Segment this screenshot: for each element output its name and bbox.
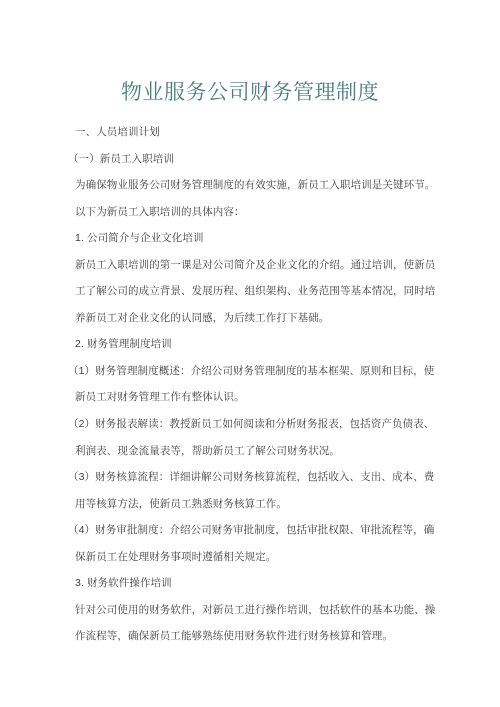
paragraph-line: 以下为新员工入职培训的具体内容：	[75, 199, 435, 226]
paragraph-line: 新员工对财务管理工作有整体认识。	[75, 384, 435, 411]
document-title: 物业服务公司财务管理制度	[0, 78, 500, 108]
paragraph-line: 新员工入职培训的第一课是对公司简介及企业文化的介绍。通过培训，使新员	[75, 252, 435, 279]
paragraph-line: 作流程等，确保新员工能够熟练使用财务软件进行财务核算和管理。	[75, 623, 435, 650]
paragraph-line: 养新员工对企业文化的认同感，为后续工作打下基础。	[75, 305, 435, 332]
paragraph-line: 保新员工在处理财务事项时遵循相关规定。	[75, 544, 435, 571]
paragraph-line: 用等核算方法，使新员工熟悉财务核算工作。	[75, 491, 435, 518]
document-body: 一、人员培训计划 （一）新员工入职培训 为确保物业服务公司财务管理制度的有效实施…	[75, 119, 435, 650]
item-financial-statement-reading: （2）财务报表解读：教授新员工如何阅读和分析财务报表，包括资产负债表、	[68, 411, 435, 438]
paragraph-line: 针对公司使用的财务软件，对新员工进行操作培训，包括软件的基本功能、操	[75, 597, 435, 624]
item-accounting-process: （3）财务核算流程：详细讲解公司财务核算流程，包括收入、支出、成本、费	[68, 464, 435, 491]
heading-personnel-training-plan: 一、人员培训计划	[75, 119, 435, 146]
heading-finance-system-training: 2. 财务管理制度培训	[75, 331, 435, 358]
paragraph-line: 为确保物业服务公司财务管理制度的有效实施，新员工入职培训是关键环节。	[75, 172, 435, 199]
heading-finance-software-training: 3. 财务软件操作培训	[75, 570, 435, 597]
heading-new-employee-onboarding: （一）新员工入职培训	[68, 146, 435, 173]
heading-company-intro-culture-training: 1. 公司简介与企业文化培训	[75, 225, 435, 252]
document-page: 物业服务公司财务管理制度 一、人员培训计划 （一）新员工入职培训 为确保物业服务…	[0, 0, 500, 707]
item-approval-system: （4）财务审批制度：介绍公司财务审批制度，包括审批权限、审批流程等，确	[68, 517, 435, 544]
paragraph-line: 工了解公司的成立背景、发展历程、组织架构、业务范围等基本情况，同时培	[75, 278, 435, 305]
paragraph-line: 利润表、现金流量表等，帮助新员工了解公司财务状况。	[75, 438, 435, 465]
item-finance-system-overview: （1）财务管理制度概述：介绍公司财务管理制度的基本框架、原则和目标，使	[68, 358, 435, 385]
